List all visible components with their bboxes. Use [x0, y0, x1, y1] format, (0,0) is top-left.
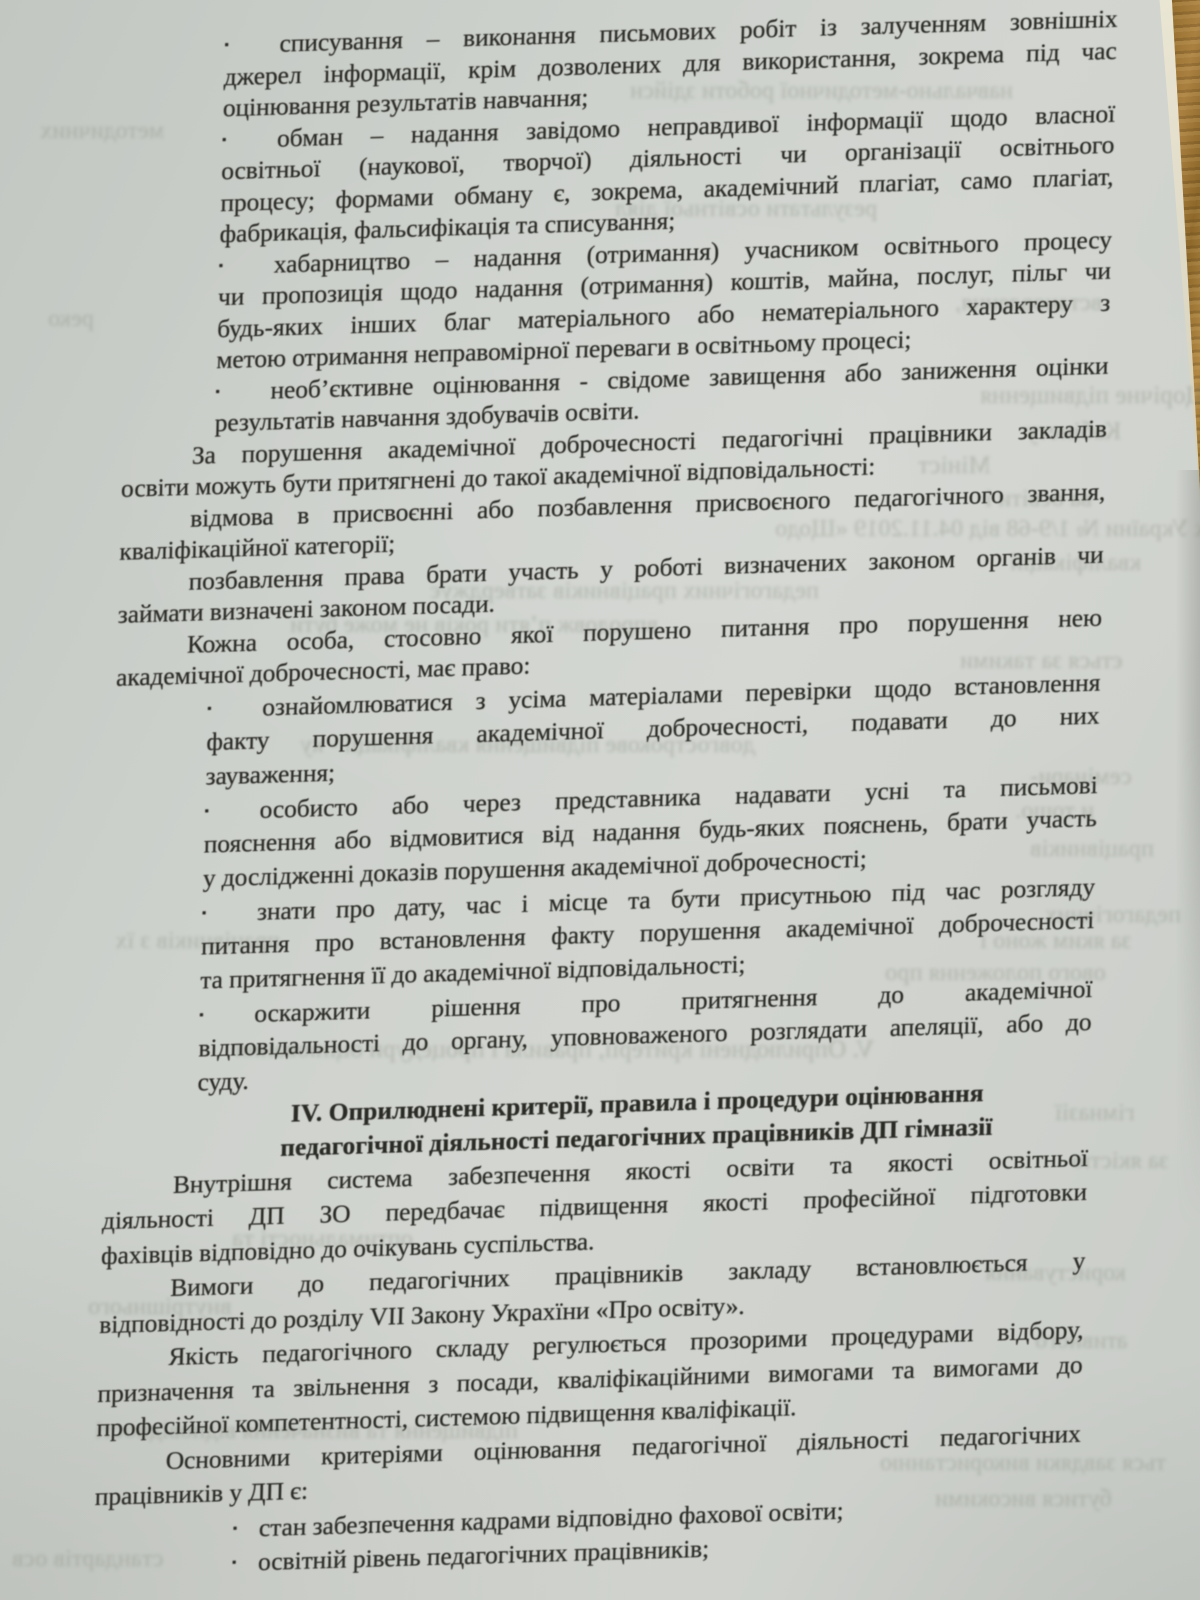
bullet-icon: ▪ — [233, 1510, 260, 1545]
bullet-icon: ▪ — [204, 791, 260, 827]
bullet-icon: ▪ — [222, 122, 278, 155]
bullet-icon: ▪ — [224, 28, 280, 61]
document-body: ▪списування – виконання письмових робіт … — [0, 0, 1200, 1587]
bullet-icon: ▪ — [218, 248, 274, 281]
bullet-icon: ▪ — [215, 374, 271, 407]
bullet-icon: ▪ — [232, 1544, 259, 1579]
bullet-icon: ▪ — [202, 893, 258, 929]
document-photo: навчально-методичної роботи здійснметоди… — [0, 0, 1200, 1600]
bullet-icon: ▪ — [199, 995, 255, 1031]
bullet-icon: ▪ — [207, 689, 263, 725]
